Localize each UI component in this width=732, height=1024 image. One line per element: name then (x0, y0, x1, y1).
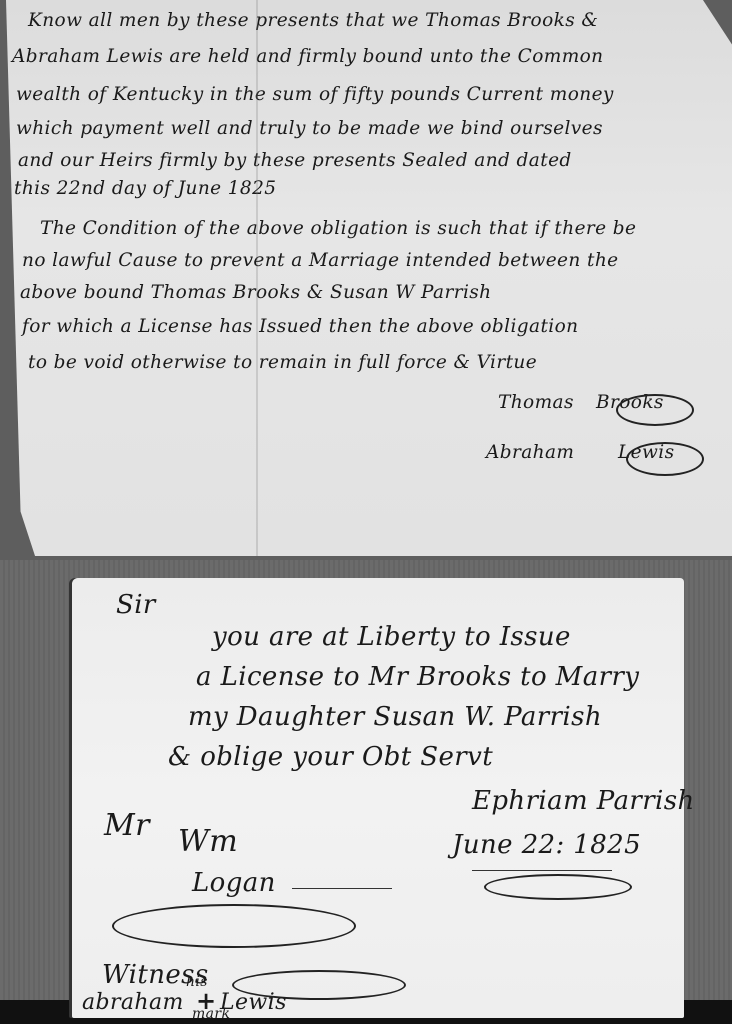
bond-line-1: Know all men by these presents that we T… (28, 10, 598, 31)
bond-line-2: Abraham Lewis are held and firmly bound … (12, 46, 604, 67)
bond-line-10: for which a License has Issued then the … (22, 316, 578, 337)
marriage-bond-document: Know all men by these presents that we T… (6, 0, 732, 556)
bond-line-5: and our Heirs firmly by these presents S… (18, 150, 572, 171)
seal-flourish-2 (626, 442, 704, 476)
addressee-first-name: Wm (178, 824, 238, 859)
seal-flourish-1 (616, 394, 694, 426)
salutation: Sir (116, 590, 156, 620)
signer-name: Ephriam Parrish (472, 786, 695, 816)
date-underline (472, 870, 612, 871)
witness-first-name: abraham (82, 990, 184, 1015)
bond-line-8: no lawful Cause to prevent a Marriage in… (22, 250, 619, 271)
logan-flourish (112, 904, 356, 948)
bond-line-9: above bound Thomas Brooks & Susan W Parr… (20, 282, 491, 303)
note-line-3: my Daughter Susan W. Parrish (188, 702, 602, 732)
addressee-title: Mr (104, 808, 150, 843)
logan-underline (292, 888, 392, 889)
note-line-2: a License to Mr Brooks to Marry (196, 662, 639, 692)
bond-line-3: wealth of Kentucky in the sum of fifty p… (16, 84, 614, 105)
bond-line-11: to be void otherwise to remain in full f… (28, 352, 537, 373)
note-date: June 22: 1825 (452, 830, 641, 860)
addressee-last-name: Logan (192, 868, 276, 898)
signature-abraham: Abraham (486, 442, 574, 463)
note-line-1: you are at Liberty to Issue (212, 622, 571, 652)
bond-line-7: The Condition of the above obligation is… (40, 218, 636, 239)
consent-note-document: Sir you are at Liberty to Issue a Licens… (72, 578, 684, 1018)
date-flourish (484, 874, 632, 900)
signature-thomas: Thomas (498, 392, 574, 413)
bond-line-4: which payment well and truly to be made … (16, 118, 603, 139)
witness-mark-label: mark (192, 1006, 230, 1022)
note-line-4: & oblige your Obt Servt (168, 742, 493, 772)
bond-line-6: this 22nd day of June 1825 (14, 178, 276, 199)
